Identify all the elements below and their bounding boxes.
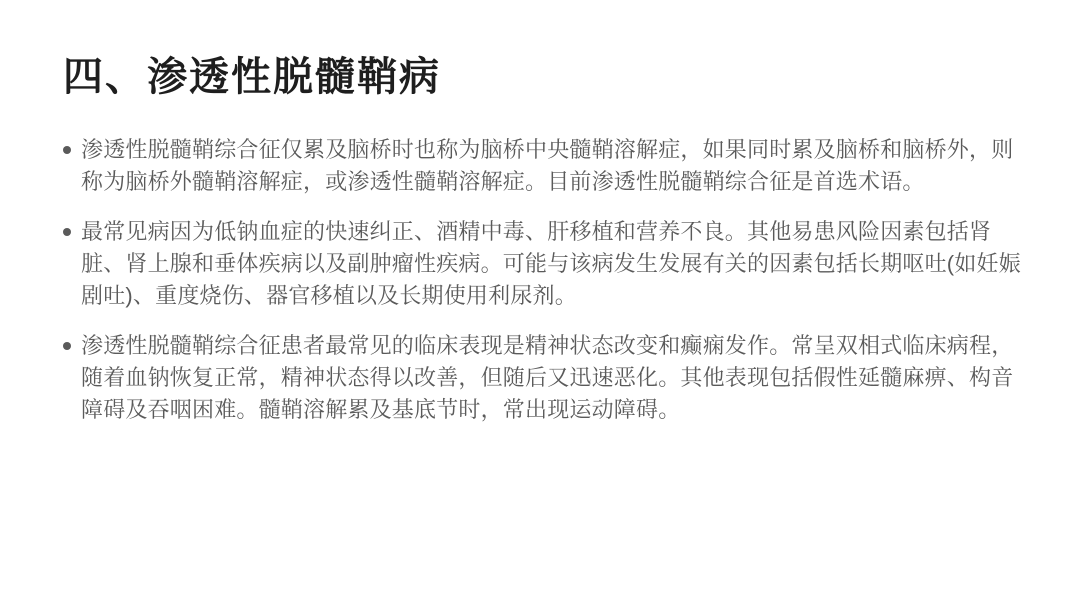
bullet-dot-icon — [63, 228, 71, 236]
bullet-text: 渗透性脱髓鞘综合征患者最常见的临床表现是精神状态改变和癫痫发作。常呈双相式临床病… — [81, 330, 1028, 426]
bullet-text: 最常见病因为低钠血症的快速纠正、酒精中毒、肝移植和营养不良。其他易患风险因素包括… — [81, 216, 1028, 312]
slide: 四、渗透性脱髓鞘病 渗透性脱髓鞘综合征仅累及脑桥时也称为脑桥中央髓鞘溶解症，如果… — [0, 0, 1080, 608]
bullet-dot-icon — [63, 146, 71, 154]
bullet-text: 渗透性脱髓鞘综合征仅累及脑桥时也称为脑桥中央髓鞘溶解症，如果同时累及脑桥和脑桥外… — [81, 134, 1028, 198]
bullet-item: 最常见病因为低钠血症的快速纠正、酒精中毒、肝移植和营养不良。其他易患风险因素包括… — [63, 216, 1030, 312]
bullet-dot-icon — [63, 342, 71, 350]
bullet-list: 渗透性脱髓鞘综合征仅累及脑桥时也称为脑桥中央髓鞘溶解症，如果同时累及脑桥和脑桥外… — [63, 134, 1030, 426]
slide-title: 四、渗透性脱髓鞘病 — [63, 52, 1030, 102]
bullet-item: 渗透性脱髓鞘综合征患者最常见的临床表现是精神状态改变和癫痫发作。常呈双相式临床病… — [63, 330, 1030, 426]
bullet-item: 渗透性脱髓鞘综合征仅累及脑桥时也称为脑桥中央髓鞘溶解症，如果同时累及脑桥和脑桥外… — [63, 134, 1030, 198]
